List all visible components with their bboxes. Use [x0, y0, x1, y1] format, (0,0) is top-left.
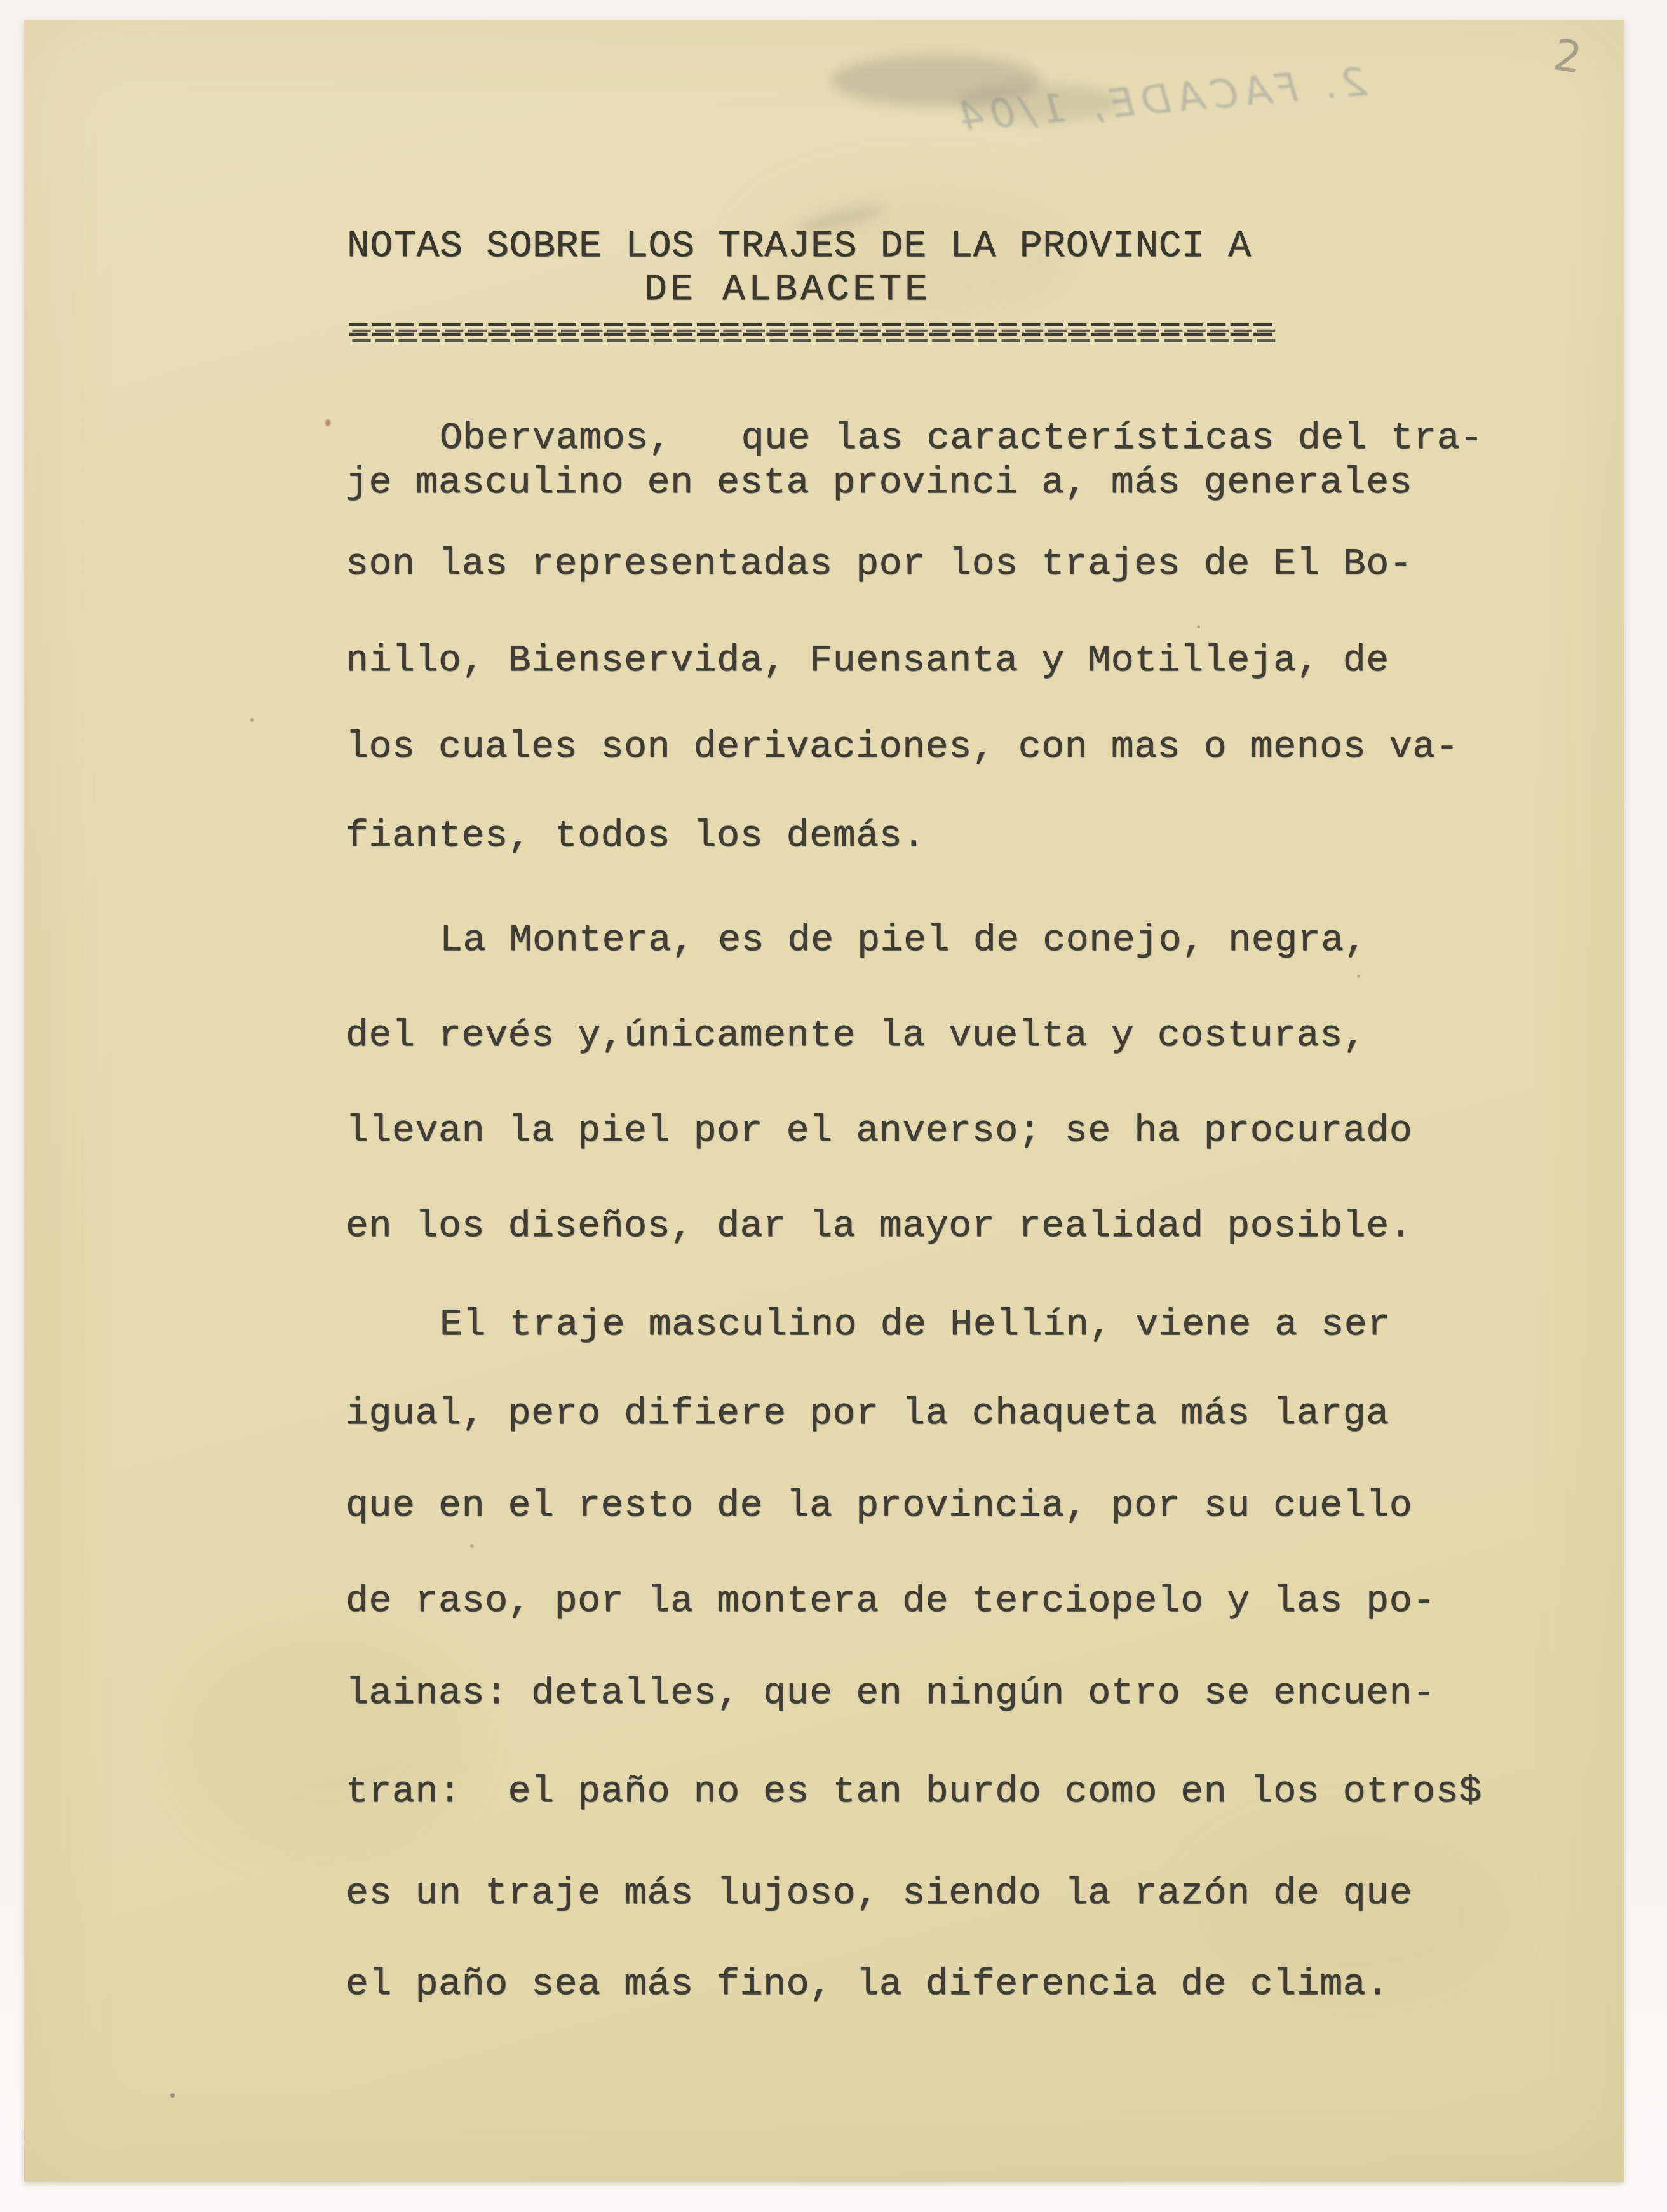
text-line: que en el resto de la provincia, por su … [346, 1484, 1412, 1528]
text-line: La Montera, es de piel de conejo, negra, [440, 918, 1367, 963]
text-line: Obervamos, que las características del t… [440, 416, 1483, 461]
title-underline-rule: ========================================… [347, 310, 1300, 367]
dust-speck [470, 1544, 474, 1548]
red-speck [325, 419, 330, 426]
rule-strike-2: ======================================== [350, 316, 1278, 361]
dust-speck [1197, 625, 1200, 628]
dust-speck [1357, 975, 1360, 978]
text-line: tran: el paño no es tan burdo como en lo… [346, 1770, 1482, 1814]
text-line: nillo, Bienservida, Fuensanta y Motillej… [346, 639, 1389, 683]
text-line: de raso, por la montera de terciopelo y … [346, 1579, 1436, 1624]
text-line: los cuales son derivaciones, con mas o m… [346, 725, 1459, 770]
page-number-pencil: 2 [1550, 30, 1585, 84]
text-line: fiantes, todos los demás. [346, 814, 926, 858]
text-line: es un traje más lujoso, siendo la razón … [346, 1871, 1412, 1916]
title-line-1: NOTAS SOBRE LOS TRAJES DE LA PROVINCI A [347, 224, 1252, 269]
dust-speck [250, 718, 254, 722]
text-line: je masculino en esta provinci a, más gen… [346, 461, 1412, 505]
dust-speck [170, 2093, 175, 2098]
text-line: el paño sea más fino, la diferencia de c… [346, 1962, 1389, 2007]
text-line: El traje masculino de Hellín, viene a se… [440, 1303, 1391, 1347]
text-line: llevan la piel por el anverso; se ha pro… [346, 1109, 1412, 1153]
text-line: lainas: detalles, que en ningún otro se … [346, 1671, 1436, 1716]
title-line-2: DE ALBACETE [644, 268, 931, 312]
text-line: igual, pero difiere por la chaqueta más … [346, 1392, 1389, 1436]
scan-background: { "annotations": { "corner_number": "2",… [0, 0, 1667, 2212]
text-line: en los diseños, dar la mayor realidad po… [346, 1204, 1412, 1249]
typewritten-page: 2. FACADE, 1/04 2 NOTAS SOBRE LOS TRAJES… [24, 20, 1624, 2182]
text-line: son las representadas por los trajes de … [346, 542, 1412, 587]
text-line: del revés y,únicamente la vuelta y costu… [346, 1014, 1366, 1058]
